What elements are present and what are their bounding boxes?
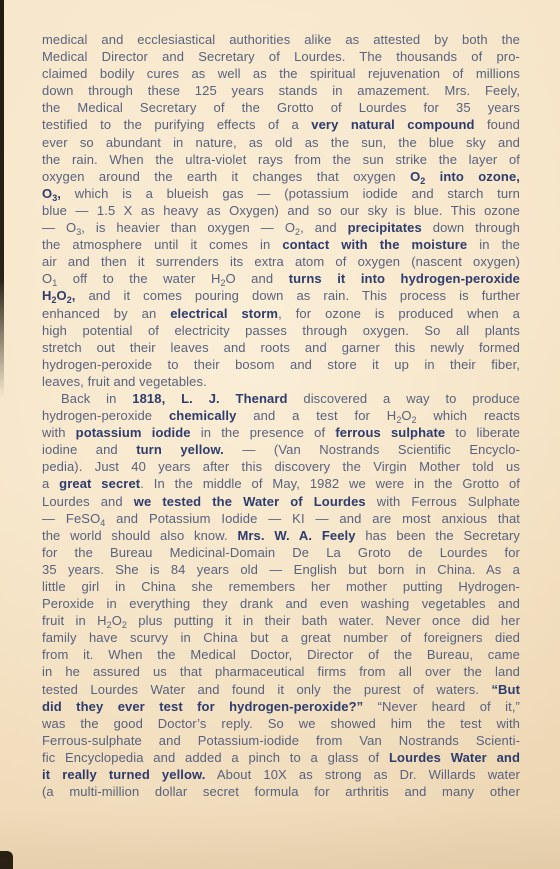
body-text: Ferrous-sulphate and Potassium-iodide fr…: [42, 733, 520, 748]
emphasized-text: chemically: [169, 408, 237, 423]
text-line: — FeSO4 and Potassium Iodide — KI — and …: [42, 510, 520, 527]
text-line: testified to the purifying effects of a …: [42, 116, 520, 133]
text-line: blue — 1.5 X as heavy as Oxygen) and so …: [42, 202, 520, 219]
body-text: and it comes pouring down as rain. This …: [75, 288, 520, 303]
page-text: medical and ecclesiastical authorities a…: [42, 31, 520, 800]
body-text: tested Lourdes Water and found it only t…: [42, 682, 491, 697]
body-text: discovered a way to produce: [288, 391, 520, 406]
emphasized-text: very natural compound: [311, 117, 474, 132]
emphasized-text: precipitates: [348, 220, 422, 235]
body-text: off to the water H: [57, 271, 220, 286]
emphasized-text: “But: [491, 682, 520, 697]
body-text: family have scurvy in China but a great …: [42, 630, 520, 645]
text-line: tested Lourdes Water and found it only t…: [42, 681, 520, 698]
body-text: . In the middle of May, 1982 we were in …: [140, 476, 520, 491]
emphasized-text: turns it into hydrogen-peroxide: [289, 271, 520, 286]
body-text: air and then it surrenders its extra ato…: [42, 254, 520, 269]
text-line: oxygen around the earth it changes that …: [42, 168, 520, 185]
text-line: claimed bodily cures as well as the spir…: [42, 65, 520, 82]
text-line: air and then it surrenders its extra ato…: [42, 253, 520, 270]
emphasized-text: O: [57, 288, 67, 303]
body-text: down through: [422, 220, 520, 235]
body-text: — O: [42, 220, 76, 235]
body-text: , and: [300, 220, 348, 235]
body-text: , for ozone is produced when a: [278, 306, 520, 321]
text-line: did they ever test for hydrogen-peroxide…: [42, 698, 520, 715]
body-text: to liberate: [445, 425, 520, 440]
body-text: Medical Director and Secretary of Lourde…: [42, 49, 520, 64]
body-text: and a test for H: [236, 408, 396, 423]
body-text: leaves, fruit and vegetables.: [42, 374, 207, 389]
body-text: , is heavier than oxygen — O: [81, 220, 295, 235]
body-text: O: [401, 408, 411, 423]
text-line: the Medical Secretary of the Grotto of L…: [42, 99, 520, 116]
body-text: the rain. When the ultra-violet rays fro…: [42, 152, 520, 167]
text-line: iodine and turn yellow. — (Van Nostrands…: [42, 441, 520, 458]
text-line: fruit in H2O2 plus putting it in their b…: [42, 612, 520, 629]
body-text: 35 years. She is 84 years old — English …: [42, 562, 520, 577]
text-line: Lourdes and we tested the Water of Lourd…: [42, 493, 520, 510]
emphasized-text: Mrs. W. A. Feely: [237, 528, 355, 543]
body-text: has been the Secretary: [356, 528, 520, 543]
body-text: iodine and: [42, 442, 136, 457]
body-text: hydrogen-peroxide: [42, 408, 169, 423]
scanned-page: medical and ecclesiastical authorities a…: [0, 0, 560, 869]
body-text: with Ferrous Sulphate: [366, 494, 520, 509]
scan-bottom-shading: [0, 809, 560, 869]
body-text: blue — 1.5 X as heavy as Oxygen) and so …: [42, 203, 520, 218]
text-line: hydrogen-peroxide to their bosom and sto…: [42, 356, 520, 373]
body-text: the world should also know.: [42, 528, 237, 543]
body-text: O: [112, 613, 122, 628]
emphasized-text: O: [42, 186, 52, 201]
text-line: a great secret. In the middle of May, 19…: [42, 475, 520, 492]
text-line: Medical Director and Secretary of Lourde…: [42, 48, 520, 65]
body-text: for the Bureau Medicinal-Domain De La Gr…: [42, 545, 520, 560]
body-text: O: [42, 271, 52, 286]
emphasized-text: turn yellow.: [136, 442, 224, 457]
text-line: 35 years. She is 84 years old — English …: [42, 561, 520, 578]
emphasized-text: did they ever test for hydrogen-peroxide…: [42, 699, 363, 714]
body-text: in the presence of: [191, 425, 336, 440]
body-text: pedia). Just 40 years after this discove…: [42, 459, 520, 474]
text-line: stretch out their leaves and roots and g…: [42, 339, 520, 356]
text-line: in he assured us that pharmaceutical fir…: [42, 663, 520, 680]
text-line: with potassium iodide in the presence of…: [42, 424, 520, 441]
text-line: O1 off to the water H2O and turns it int…: [42, 270, 520, 287]
body-text: fic Encyclopedia and added a pinch to a …: [42, 750, 389, 765]
emphasized-text: H: [42, 288, 52, 303]
emphasized-text: it really turned yellow.: [42, 767, 206, 782]
body-text: a: [42, 476, 59, 491]
text-line: the atmosphere until it comes in contact…: [42, 236, 520, 253]
emphasized-text: O: [410, 169, 420, 184]
body-text: which reacts: [417, 408, 520, 423]
body-text: and Potassium Iodide — KI — and are most…: [105, 511, 520, 526]
text-line: H2O2, and it comes pouring down as rain.…: [42, 287, 520, 304]
body-text: in he assured us that pharmaceutical fir…: [42, 664, 520, 679]
text-line: little girl in China she remembers her m…: [42, 578, 520, 595]
text-line: ever so abundant in nature, as old as th…: [42, 134, 520, 151]
body-text: medical and ecclesiastical authorities a…: [42, 32, 520, 47]
text-line: for the Bureau Medicinal-Domain De La Gr…: [42, 544, 520, 561]
body-text: from it. When the Medical Doctor, Direct…: [42, 647, 520, 662]
body-text: — FeSO: [42, 511, 100, 526]
text-line: O3, which is a blueish gas — (potassium …: [42, 185, 520, 202]
body-text: testified to the purifying effects of a: [42, 117, 311, 132]
emphasized-text: Lourdes Water and: [389, 750, 520, 765]
body-text: fruit in H: [42, 613, 107, 628]
text-line: enhanced by an electrical storm, for ozo…: [42, 305, 520, 322]
body-text: — (Van Nostrands Scientific Encyclo-: [224, 442, 520, 457]
body-text: claimed bodily cures as well as the spir…: [42, 66, 520, 81]
text-line: family have scurvy in China but a great …: [42, 629, 520, 646]
text-line: fic Encyclopedia and added a pinch to a …: [42, 749, 520, 766]
body-text: in the: [467, 237, 520, 252]
body-text: enhanced by an: [42, 306, 170, 321]
text-line: the rain. When the ultra-violet rays fro…: [42, 151, 520, 168]
body-text: About 10X as strong as Dr. Willards wate…: [206, 767, 520, 782]
emphasized-text: electrical storm: [170, 306, 278, 321]
body-text: hydrogen-peroxide to their bosom and sto…: [42, 357, 520, 372]
text-line: it really turned yellow. About 10X as st…: [42, 766, 520, 783]
text-line: from it. When the Medical Doctor, Direct…: [42, 646, 520, 663]
emphasized-text: we tested the Water of Lourdes: [134, 494, 366, 509]
text-line: leaves, fruit and vegetables.: [42, 373, 520, 390]
text-line: the world should also know. Mrs. W. A. F…: [42, 527, 520, 544]
text-line: Ferrous-sulphate and Potassium-iodide fr…: [42, 732, 520, 749]
body-text: ever so abundant in nature, as old as th…: [42, 135, 520, 150]
body-text: Lourdes and: [42, 494, 134, 509]
body-text: Back in: [61, 391, 132, 406]
text-line: (a multi-million dollar secret formula f…: [42, 783, 520, 800]
text-line: Peroxide in everything they drank and ev…: [42, 595, 520, 612]
text-line: down through these 125 years stands in a…: [42, 82, 520, 99]
body-text: oxygen around the earth it changes that …: [42, 169, 410, 184]
emphasized-text: great secret: [59, 476, 140, 491]
body-text: Peroxide in everything they drank and ev…: [42, 596, 520, 611]
body-text: little girl in China she remembers her m…: [42, 579, 520, 594]
text-line: hydrogen-peroxide chemically and a test …: [42, 407, 520, 424]
text-line: Back in 1818, L. J. Thenard discovered a…: [42, 390, 520, 407]
body-text: down through these 125 years stands in a…: [42, 83, 520, 98]
text-line: high potential of electricity passes thr…: [42, 322, 520, 339]
body-text: which is a blueish gas — (potassium iodi…: [61, 186, 520, 201]
scan-edge-left-artifact: [0, 0, 4, 398]
body-text: the Medical Secretary of the Grotto of L…: [42, 100, 520, 115]
emphasized-text: contact with the moisture: [282, 237, 467, 252]
body-text: (a multi-million dollar secret formula f…: [42, 784, 520, 799]
emphasized-text: potassium iodide: [76, 425, 191, 440]
body-text: found: [475, 117, 520, 132]
text-line: — O3, is heavier than oxygen — O2, and p…: [42, 219, 520, 236]
emphasized-text: into ozone,: [425, 169, 520, 184]
emphasized-text: ferrous sulphate: [335, 425, 445, 440]
body-text: was the good Doctor’s reply. So we showe…: [42, 716, 520, 731]
body-text: plus putting it in their bath water. Nev…: [127, 613, 520, 628]
body-text: “Never heard of it,”: [363, 699, 520, 714]
body-text: O and: [225, 271, 288, 286]
text-line: was the good Doctor’s reply. So we showe…: [42, 715, 520, 732]
text-line: medical and ecclesiastical authorities a…: [42, 31, 520, 48]
body-text: high potential of electricity passes thr…: [42, 323, 520, 338]
body-text: stretch out their leaves and roots and g…: [42, 340, 520, 355]
text-line: pedia). Just 40 years after this discove…: [42, 458, 520, 475]
body-text: the atmosphere until it comes in: [42, 237, 282, 252]
body-text: with: [42, 425, 76, 440]
emphasized-text: 1818, L. J. Thenard: [132, 391, 287, 406]
